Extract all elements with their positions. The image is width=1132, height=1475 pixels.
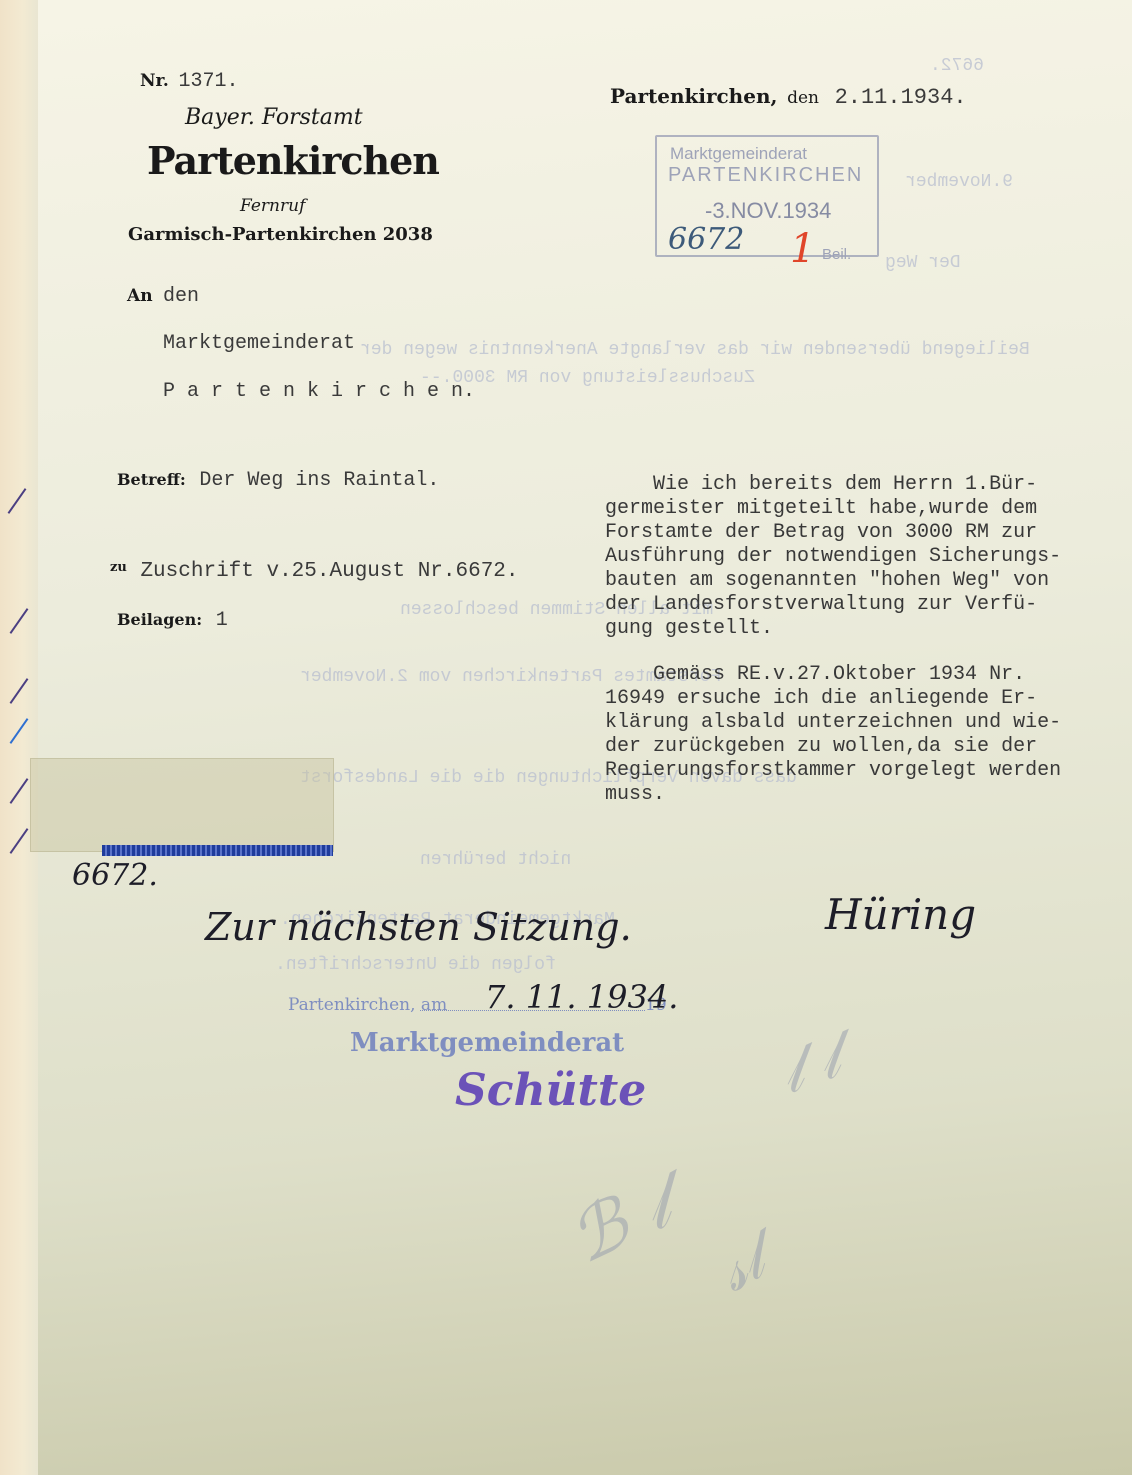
dateline: Partenkirchen, den 2.11.1934. bbox=[610, 84, 967, 110]
blue-striped-bar bbox=[102, 845, 333, 856]
dateline-date: 2.11.1934. bbox=[835, 85, 967, 110]
phone-label: Fernruf bbox=[240, 196, 305, 216]
bleed-number: 6672. bbox=[930, 56, 984, 76]
dateline-place: Partenkirchen, bbox=[610, 84, 777, 108]
subject-label: Betreff: bbox=[117, 470, 186, 489]
forester-signature: Hüring bbox=[825, 890, 976, 939]
handwritten-file-number: 6672. bbox=[72, 858, 158, 893]
bleed-line-8: folgen die Unterschriften. bbox=[275, 955, 556, 975]
attachments-value: 1 bbox=[216, 609, 228, 632]
letter-number-label: Nr. bbox=[140, 71, 169, 91]
bleed-subject: Der Weg bbox=[885, 253, 961, 273]
letter-number-value: 1371. bbox=[178, 70, 238, 93]
stamp-date: -3.NOV.1934 bbox=[705, 198, 831, 224]
attachments-label: Beilagen: bbox=[117, 610, 202, 629]
addressee-line-2: Marktgemeinderat bbox=[163, 332, 355, 355]
stamp-line-2: PARTENKIRCHEN bbox=[668, 164, 863, 187]
handwritten-note: Zur nächsten Sitzung. bbox=[205, 905, 632, 949]
addressee-line-1: den bbox=[163, 285, 199, 308]
letter-number: Nr. 1371. bbox=[140, 70, 238, 93]
attachments: Beilagen: 1 bbox=[117, 609, 228, 632]
reference-label: zu bbox=[110, 560, 127, 575]
subject: Betreff: Der Weg ins Raintal. bbox=[117, 469, 439, 492]
addressee-line-3: P a r t e n k i r c h e n. bbox=[163, 380, 475, 403]
bleed-line-1: Beiliegend übersenden wir das verlangte … bbox=[360, 340, 1030, 360]
bleed-date: 9.November bbox=[905, 172, 1013, 192]
addressee-prefix: An bbox=[127, 286, 153, 306]
body-paragraph-2: Gemäss RE.v.27.Oktober 1934 Nr. 16949 er… bbox=[605, 663, 1125, 807]
stamp-enclosures-count: 1 bbox=[790, 226, 815, 272]
handwritten-date: 7. 11. 1934. bbox=[485, 978, 678, 1016]
reference-value: Zuschrift v.25.August Nr.6672. bbox=[140, 560, 518, 583]
phone-line: Garmisch-Partenkirchen 2038 bbox=[128, 224, 433, 245]
subject-value: Der Weg ins Raintal. bbox=[199, 469, 439, 492]
tape-patch bbox=[30, 758, 334, 852]
stamp-enclosures-label: Beil. bbox=[822, 246, 851, 263]
council-signature: Schütte bbox=[455, 1065, 646, 1116]
letterhead-place: Partenkirchen bbox=[147, 138, 439, 183]
body-paragraph-1: Wie ich bereits dem Herrn 1.Bür- germeis… bbox=[605, 473, 1125, 641]
stamp-number: 6672 bbox=[668, 222, 744, 257]
reference: zu Zuschrift v.25.August Nr.6672. bbox=[110, 560, 519, 583]
dateline-den: den bbox=[787, 88, 819, 108]
stamp-line-1: Marktgemeinderat bbox=[670, 144, 807, 164]
council-stamp-place: Partenkirchen, am bbox=[288, 995, 447, 1015]
council-stamp-name: Marktgemeinderat bbox=[350, 1028, 624, 1058]
bleed-line-6: nicht berühren bbox=[420, 850, 571, 870]
letter-body: Wie ich bereits dem Herrn 1.Bür- germeis… bbox=[605, 473, 1125, 829]
office-line: Bayer. Forstamt bbox=[185, 105, 363, 130]
